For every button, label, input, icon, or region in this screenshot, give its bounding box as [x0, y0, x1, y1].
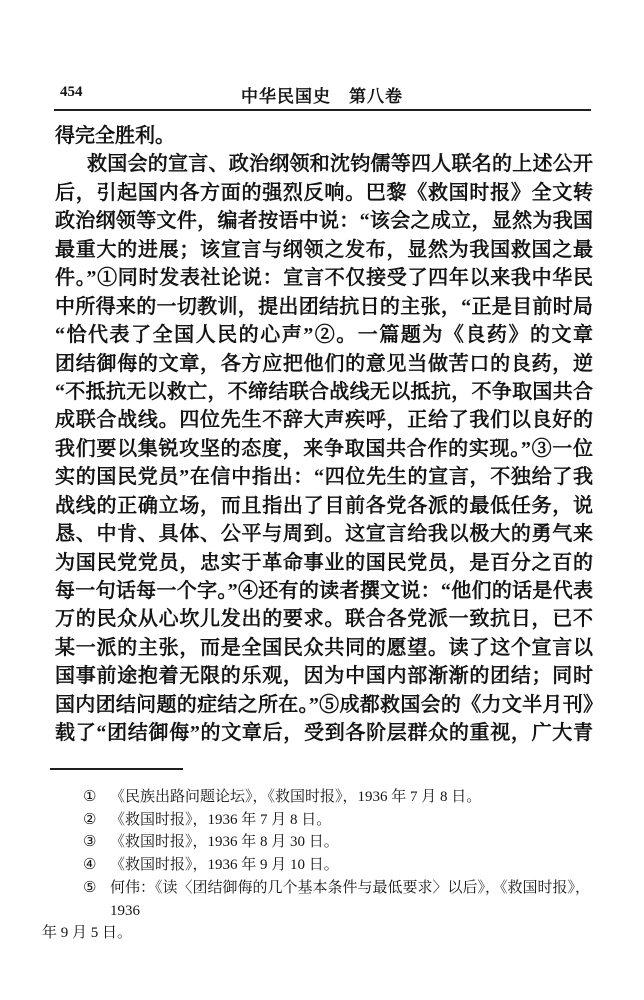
- footnote-marker: ⑤: [83, 877, 110, 922]
- body-line: 战线的正确立场，而且指出了目前各党各派的最低任务，说得真是诚: [55, 492, 593, 520]
- footnote-text: 《救国时报》，1936 年 7 月 8 日。: [110, 809, 595, 832]
- header-rule: [54, 109, 591, 111]
- body-line: 载了“团结御侮”的文章后，受到各阶层群众的重视，广大青年更是争相: [55, 719, 593, 747]
- footnote-item: ④ 《救国时报》，1936 年 9 月 10 日。: [42, 854, 595, 877]
- footnote-separator: [50, 768, 183, 770]
- body-line: 恳、中肯、具体、公平与周到。这宣言给我以极大的勇气来说话。我身: [55, 520, 593, 548]
- footnote-marker: ①: [83, 786, 110, 809]
- footnote-item-continuation: 年 9 月 5 日。: [42, 922, 595, 945]
- body-line: 每一句话每一个字。”④还有的读者撰文说：“他们的话是代表着千千万: [55, 577, 593, 605]
- body-line: 成联合战线。四位先生不辞大声疾呼，正给了我们以良好的示范，就是: [55, 406, 593, 434]
- body-line: 为国民党党员，忠实于革命事业的国民党员，是百分之百的赞成宣言的: [55, 549, 593, 577]
- footnote-item: ⑤ 何伟：《读〈团结御侮的几个基本条件与最低要求〉以后》，《救国时报》，1936: [42, 877, 595, 922]
- footnote-item: ② 《救国时报》，1936 年 7 月 8 日。: [42, 809, 595, 832]
- body-line: 团结御侮的文章，各方应把他们的意见当做苦口的良药，逆耳的忠言。: [55, 350, 593, 378]
- footnote-list: ① 《民族出路问题论坛》，《救国时报》，1936 年 7 月 8 日。 ② 《救…: [42, 786, 595, 945]
- footnote-item: ① 《民族出路问题论坛》，《救国时报》，1936 年 7 月 8 日。: [42, 786, 595, 809]
- body-line: 国事前途抱着无限的乐观，因为中国内部渐渐的团结；同时也更明白了: [55, 662, 593, 690]
- body-line: 最重大的进展；该宣言与纲领之发布，显然为我国救国之最重要的文: [55, 236, 593, 264]
- body-line: 我们要以集锐攻坚的态度，来争取国共合作的实现。”③一位署名为“忠: [55, 435, 593, 463]
- book-page: 454 中华民国史 第八卷 得完全胜利。 救国会的宣言、政治纲领和沈钧儒等四人联…: [0, 0, 644, 1000]
- body-line: 得完全胜利。: [55, 122, 593, 150]
- footnote-text: 《民族出路问题论坛》，《救国时报》，1936 年 7 月 8 日。: [110, 786, 595, 809]
- footnote-text: 《救国时报》，1936 年 8 月 30 日。: [110, 831, 595, 854]
- body-text: 得完全胜利。 救国会的宣言、政治纲领和沈钧儒等四人联名的上述公开信发表 后，引起…: [55, 122, 593, 748]
- body-line: 政治纲领等文件，编者按语中说：“该会之成立，显然为我国救国运动一: [55, 207, 593, 235]
- footnote-item: ③ 《救国时报》，1936 年 8 月 30 日。: [42, 831, 595, 854]
- footnote-marker: ③: [83, 831, 110, 854]
- body-line: 实的国民党员”在信中指出：“四位先生的宣言，不独给了我们救亡联合: [55, 463, 593, 491]
- body-line: “不抵抗无以救亡，不缔结联合战线无以抵抗，不争取国共合作，无以形: [55, 378, 593, 406]
- body-line: 后，引起国内各方面的强烈反响。巴黎《救国时报》全文转载了宣言和: [55, 179, 593, 207]
- body-line: 国内团结问题的症结之所在。”⑤成都救国会的《力文半月刊》第四期刊: [55, 691, 593, 719]
- body-line: 中所得来的一切教训，提出团结抗日的主张，“正是目前时局的重心”，: [55, 293, 593, 321]
- footnote-text: 《救国时报》，1936 年 9 月 10 日。: [110, 854, 595, 877]
- body-line: “恰代表了全国人民的心声”②。一篇题为《良药》的文章说：沈钧儒等: [55, 321, 593, 349]
- footnote-marker: ②: [83, 809, 110, 832]
- body-line: 万的民众从心坎儿发出的要求。联合各党派一致抗日，已不是某一党: [55, 605, 593, 633]
- footnote-text: 何伟：《读〈团结御侮的几个基本条件与最低要求〉以后》，《救国时报》，1936: [110, 877, 595, 922]
- body-line: 某一派的主张，而是全国民众共同的愿望。读了这个宣言以后，使我对: [55, 634, 593, 662]
- body-line: 救国会的宣言、政治纲领和沈钧儒等四人联名的上述公开信发表: [55, 150, 593, 178]
- footnote-text: 年 9 月 5 日。: [42, 922, 595, 945]
- running-title: 中华民国史 第八卷: [0, 82, 644, 107]
- footnote-marker: ④: [83, 854, 110, 877]
- body-line: 件。”①同时发表社论说：宣言不仅接受了四年以来我中华民族从血泪: [55, 264, 593, 292]
